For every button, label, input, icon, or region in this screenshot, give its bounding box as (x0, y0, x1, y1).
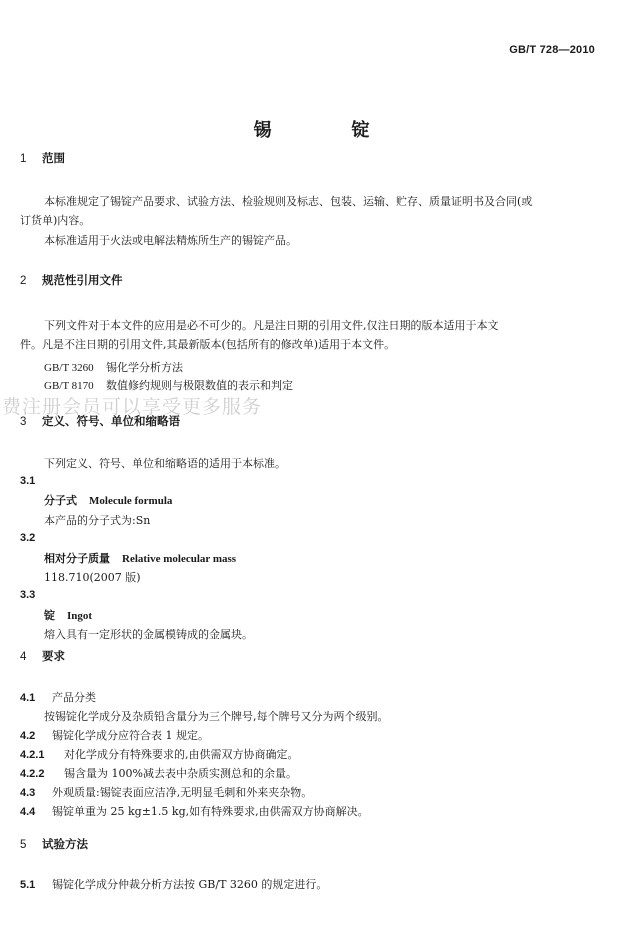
clause-5-1: 5.1锡锭化学成分仲裁分析方法按 GB/T 3260 的规定进行。 (20, 876, 327, 892)
title-char-2: 锭 (352, 116, 370, 142)
term-definition: 本产品的分子式为:Sn (44, 512, 150, 528)
term-en: Relative molecular mass (122, 553, 236, 565)
section-number: 1 (20, 153, 42, 165)
clause-4-1: 4.1产品分类 (20, 689, 96, 705)
clause-4-2: 4.2锡锭化学成分应符合表 1 规定。 (20, 727, 209, 743)
term-number: 3.3 (20, 588, 35, 601)
term-en: Molecule formula (89, 495, 172, 507)
clause-4-4: 4.4锡锭单重为 25 kg±1.5 kg,如有特殊要求,由供需双方协商解决。 (20, 803, 369, 819)
term-heading: 分子式Molecule formula (44, 492, 172, 508)
section-1-para-1-line-2: 订货单)内容。 (20, 212, 90, 228)
section-title: 要求 (42, 649, 65, 663)
term-zh: 锭 (44, 609, 55, 622)
section-2-para-line-2: 件。凡是不注日期的引用文件,其最新版本(包括所有的修改单)适用于本文件。 (20, 336, 395, 352)
reference-item: GB/T 8170数值修约规则与极限数值的表示和判定 (44, 377, 293, 393)
title-char-1: 锡 (254, 116, 272, 142)
section-3-heading: 3定义、符号、单位和缩略语 (20, 413, 180, 429)
term-en: Ingot (67, 610, 92, 622)
reference-item: GB/T 3260锡化学分析方法 (44, 359, 183, 375)
section-2-para-line-1: 下列文件对于本文件的应用是必不可少的。凡是注日期的引用文件,仅注日期的版本适用于… (44, 317, 499, 333)
section-number: 4 (20, 651, 42, 663)
section-number: 3 (20, 416, 42, 428)
term-number: 3.2 (20, 531, 35, 544)
section-1-heading: 1范围 (20, 150, 65, 166)
clause-4-1-body: 按锡锭化学成分及杂质铅含量分为三个牌号,每个牌号又分为两个级别。 (44, 708, 389, 724)
section-3-intro: 下列定义、符号、单位和缩略语的适用于本标准。 (44, 455, 286, 471)
reference-code: GB/T 3260 (44, 362, 106, 374)
term-heading: 相对分子质量Relative molecular mass (44, 550, 236, 566)
reference-title: 锡化学分析方法 (106, 361, 183, 374)
section-1-para-2: 本标准适用于火法或电解法精炼所生产的锡锭产品。 (44, 232, 297, 248)
section-number: 5 (20, 839, 42, 851)
section-title: 定义、符号、单位和缩略语 (42, 414, 180, 428)
term-definition: 熔入具有一定形状的金属模铸成的金属块。 (44, 626, 253, 642)
clause-4-2-1: 4.2.1对化学成分有特殊要求的,由供需双方协商确定。 (20, 746, 299, 762)
clause-4-2-2: 4.2.2锡含量为 100%减去表中杂质实测总和的余量。 (20, 765, 297, 781)
clause-4-3: 4.3外观质量:锡锭表面应洁净,无明显毛刺和外来夹杂物。 (20, 784, 312, 800)
section-5-heading: 5试验方法 (20, 836, 88, 852)
standard-number: GB/T 728—2010 (509, 44, 595, 56)
section-1-para-1-line-1: 本标准规定了锡锭产品要求、试验方法、检验规则及标志、包装、运输、贮存、质量证明书… (44, 193, 532, 209)
section-title: 范围 (42, 151, 65, 165)
section-number: 2 (20, 275, 42, 287)
section-2-heading: 2规范性引用文件 (20, 272, 123, 288)
term-number: 3.1 (20, 474, 35, 487)
term-heading: 锭Ingot (44, 607, 92, 623)
term-definition: 118.710(2007 版) (44, 569, 141, 585)
term-zh: 分子式 (44, 494, 77, 507)
document-title: 锡锭 (0, 116, 623, 142)
section-title: 试验方法 (42, 837, 88, 851)
section-title: 规范性引用文件 (42, 273, 123, 287)
reference-title: 数值修约规则与极限数值的表示和判定 (106, 379, 293, 392)
term-zh: 相对分子质量 (44, 552, 110, 565)
reference-code: GB/T 8170 (44, 380, 106, 392)
section-4-heading: 4要求 (20, 648, 65, 664)
